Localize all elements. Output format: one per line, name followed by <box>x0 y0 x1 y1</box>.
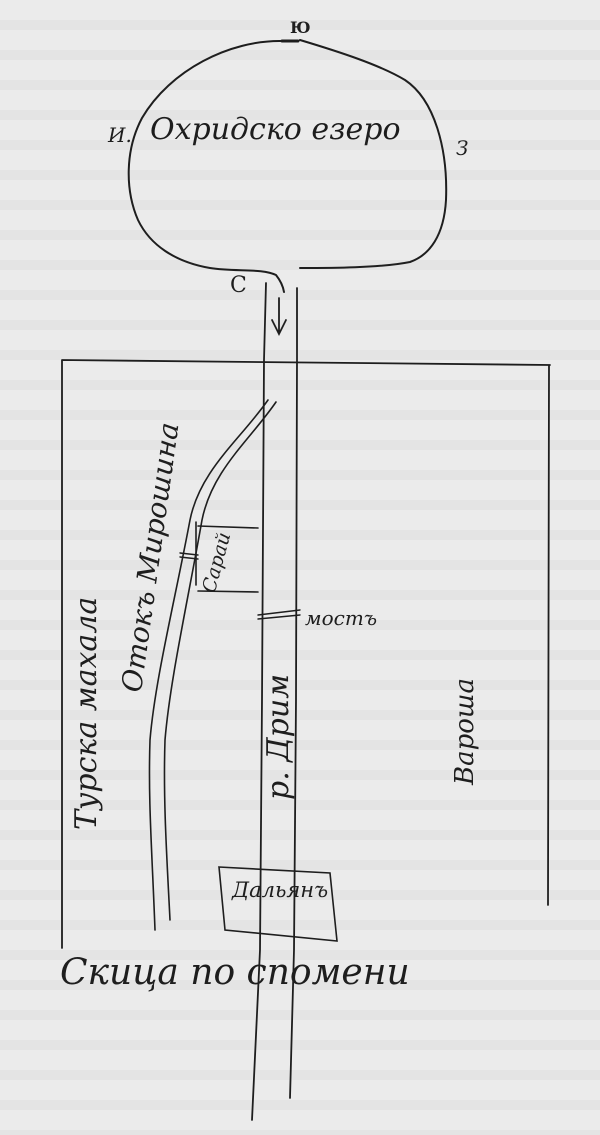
compass-north-label: Ю <box>290 20 311 36</box>
lake-label: Охридско езеро <box>150 115 401 145</box>
compass-west-label: И. <box>108 125 132 145</box>
dam-label: Дальянъ <box>232 880 328 901</box>
compass-east-label: З <box>456 138 468 158</box>
compass-south-label: С <box>230 275 247 297</box>
branch-stream-right <box>164 402 276 920</box>
region-right-label: Вароша <box>452 678 478 785</box>
flow-arrow <box>272 298 286 334</box>
sketch-caption: Скица по спомени <box>60 955 410 991</box>
bridge-marks <box>258 610 300 619</box>
river-label: р. Дрим <box>264 674 294 800</box>
lake-outline <box>129 40 446 292</box>
region-left-label: Турска махала <box>72 597 102 830</box>
bridge-label: мостъ <box>305 608 377 628</box>
